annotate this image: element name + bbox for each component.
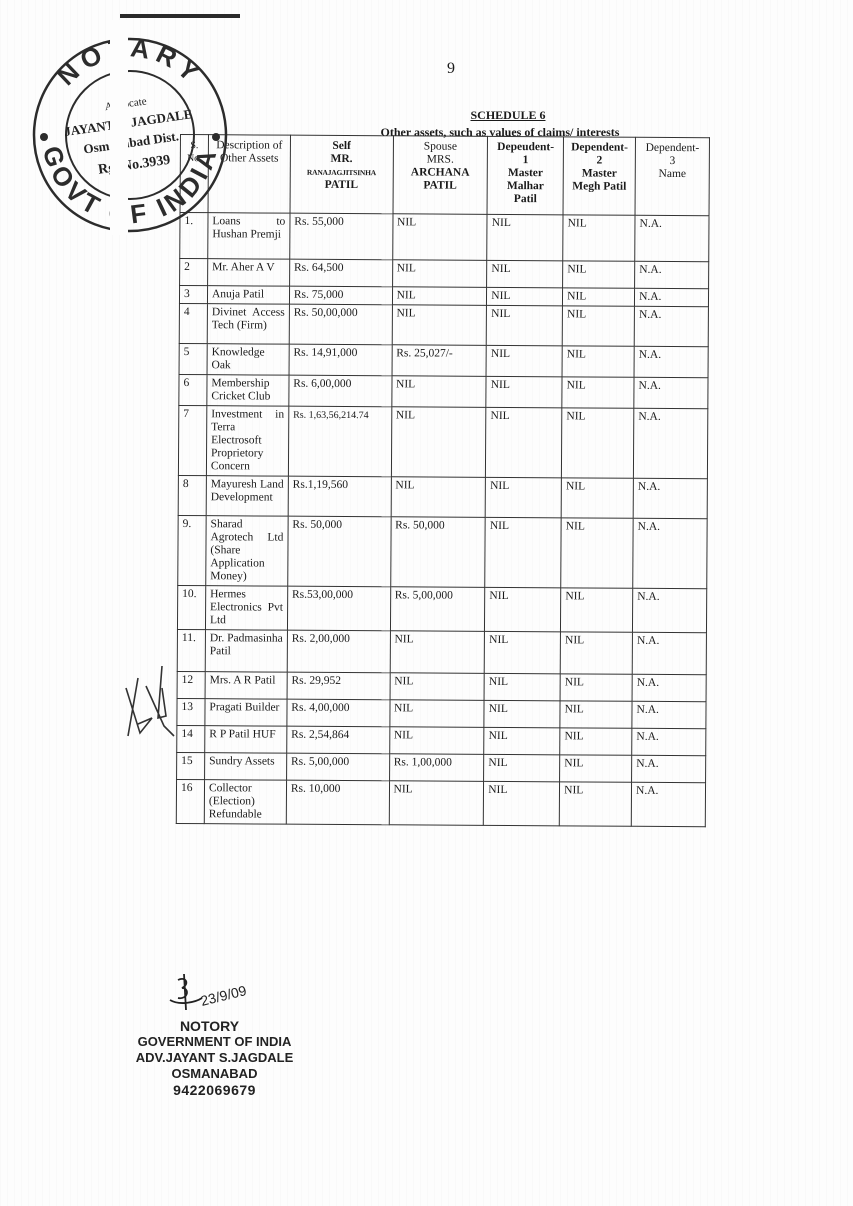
notary-stamp-line4: OSMANABAD xyxy=(112,1066,317,1082)
table-row: 6Membership Cricket ClubRs. 6,00,000NILN… xyxy=(179,374,708,408)
table-header-row: S. No. Description of Other Assets Self … xyxy=(180,135,709,216)
cell-spouse: NIL xyxy=(392,305,487,346)
cell-dependent-3: N.A. xyxy=(634,377,708,408)
cell-self: Rs. 14,91,000 xyxy=(289,344,392,376)
svg-text:GOVT OF INDIA: GOVT OF INDIA xyxy=(37,142,224,229)
other-assets-table: S. No. Description of Other Assets Self … xyxy=(176,134,710,827)
cell-dependent-3: N.A. xyxy=(632,755,706,782)
cell-self: Rs. 4,00,000 xyxy=(287,699,390,727)
header-dependent-1: Depeudent- 1 Master Malhar Patil xyxy=(487,136,563,214)
cell-dependent-2: NIL xyxy=(559,782,631,826)
cell-dependent-2: NIL xyxy=(560,674,632,701)
svg-text:23/9/09: 23/9/09 xyxy=(199,982,248,1009)
cell-dependent-1: NIL xyxy=(486,376,562,407)
cell-dependent-3: N.A. xyxy=(633,588,707,632)
cell-dependent-2: NIL xyxy=(561,478,633,518)
table-row: 7Investment in Terra Electrosoft Proprie… xyxy=(178,405,707,478)
cell-dependent-1: NIL xyxy=(485,587,561,631)
scan-edge-mark xyxy=(120,14,240,18)
cell-sno: 2 xyxy=(180,259,208,286)
notary-stamp-line1: NOTORY xyxy=(102,1018,317,1034)
cell-spouse: NIL xyxy=(392,287,487,306)
cell-description: Mr. Aher A V xyxy=(208,259,290,286)
cell-dependent-3: N.A. xyxy=(634,346,708,377)
table-row: 2Mr. Aher A VRs. 64,500NILNILNILN.A. xyxy=(180,259,709,289)
cell-dependent-2: NIL xyxy=(562,408,634,478)
cell-dependent-1: NIL xyxy=(486,305,562,345)
handwritten-initials xyxy=(118,658,178,738)
cell-dependent-2: NIL xyxy=(563,288,635,306)
cell-description: Hermes Electronics Pvt Ltd xyxy=(205,586,287,630)
cell-self: Rs. 50,000 xyxy=(288,516,391,587)
cell-sno: 8 xyxy=(178,475,206,515)
cell-description: Mrs. A R Patil xyxy=(205,672,287,699)
cell-description: Pragati Builder xyxy=(205,699,287,726)
cell-spouse: Rs. 1,00,000 xyxy=(389,754,484,782)
cell-dependent-2: NIL xyxy=(563,215,635,261)
cell-dependent-1: NIL xyxy=(485,517,561,587)
table-row: 9.Sharad Agrotech Ltd (Share Application… xyxy=(178,515,707,588)
cell-spouse: NIL xyxy=(390,631,485,674)
cell-dependent-3: N.A. xyxy=(633,518,707,588)
cell-description: Mayuresh Land Development xyxy=(206,476,288,516)
header-dependent-2: Dependent- 2 Master Megh Patil xyxy=(563,137,635,215)
cell-dependent-1: NIL xyxy=(487,287,563,305)
cell-dependent-2: NIL xyxy=(560,728,632,755)
cell-description: Sundry Assets xyxy=(205,753,287,780)
cell-self: Rs. 55,000 xyxy=(290,213,393,260)
cell-self: Rs.53,00,000 xyxy=(287,586,390,631)
cell-self: Rs. 1,63,56,214.74 xyxy=(288,406,391,477)
cell-spouse: NIL xyxy=(392,260,487,288)
cell-spouse: Rs. 5,00,000 xyxy=(390,587,485,632)
cell-dependent-2: NIL xyxy=(561,588,633,632)
cell-dependent-3: N.A. xyxy=(635,261,709,288)
cell-spouse: Rs. 25,027/- xyxy=(392,345,487,377)
notary-round-seal: NOTARY GOVT OF INDIA Advocate JAYANT S. … xyxy=(30,35,230,235)
table-row: 15Sundry AssetsRs. 5,00,000Rs. 1,00,000N… xyxy=(177,752,706,782)
cell-self: Rs. 2,54,864 xyxy=(287,726,390,754)
cell-self: Rs. 2,00,000 xyxy=(287,630,390,673)
page-number: 9 xyxy=(447,60,455,78)
header-self: Self MR. RANAJAGJITSINHA PATIL xyxy=(290,135,393,214)
table-row: 5Knowledge OakRs. 14,91,000Rs. 25,027/-N… xyxy=(179,343,708,377)
cell-dependent-1: NIL xyxy=(484,673,560,700)
cell-sno: 7 xyxy=(178,405,206,475)
table-body: 1.Loans to Hushan PremjiRs. 55,000NILNIL… xyxy=(176,213,709,827)
schedule-title: SCHEDULE 6 xyxy=(296,108,720,123)
cell-sno: 14 xyxy=(177,725,205,752)
cell-sno: 11. xyxy=(177,629,205,671)
cell-spouse: NIL xyxy=(389,781,484,826)
cell-dependent-1: NIL xyxy=(486,345,562,376)
cell-self: Rs.1,19,560 xyxy=(288,476,391,517)
cell-self: Rs. 50,00,000 xyxy=(289,304,392,345)
table-row: 4Divinet Access Tech (Firm)Rs. 50,00,000… xyxy=(179,303,708,346)
cell-spouse: NIL xyxy=(389,700,484,728)
cell-spouse: NIL xyxy=(392,214,487,261)
cell-sno: 16 xyxy=(176,779,204,823)
cell-sno: 13 xyxy=(177,698,205,725)
cell-dependent-2: NIL xyxy=(560,755,632,782)
cell-dependent-3: N.A. xyxy=(632,632,706,674)
cell-dependent-1: NIL xyxy=(487,214,563,260)
notary-stamp-phone: 9422069679 xyxy=(112,1082,317,1098)
cell-description: Collector (Election) Refundable xyxy=(204,780,286,824)
notary-stamp-line3: ADV.JAYANT S.JAGDALE xyxy=(112,1050,317,1066)
notary-stamp-line2: GOVERNMENT OF INDIA xyxy=(112,1034,317,1050)
cell-sno: 15 xyxy=(177,752,205,779)
cell-description: Sharad Agrotech Ltd (Share Application M… xyxy=(206,516,288,586)
cell-description: R P Patil HUF xyxy=(205,726,287,753)
cell-dependent-3: N.A. xyxy=(633,478,707,518)
cell-description: Investment in Terra Electrosoft Propriet… xyxy=(206,406,288,476)
cell-sno: 6 xyxy=(179,374,207,405)
cell-dependent-3: N.A. xyxy=(632,674,706,701)
cell-self: Rs. 75,000 xyxy=(289,286,392,305)
cell-spouse: Rs. 50,000 xyxy=(390,517,485,588)
cell-dependent-2: NIL xyxy=(563,261,635,288)
notary-rubber-stamp: NOTORY GOVERNMENT OF INDIA ADV.JAYANT S.… xyxy=(112,1018,317,1098)
cell-spouse: NIL xyxy=(390,673,485,701)
cell-sno: 10. xyxy=(177,585,205,629)
table-row: 16Collector (Election) RefundableRs. 10,… xyxy=(176,779,705,826)
table-row: 12Mrs. A R PatilRs. 29,952NILNILNILN.A. xyxy=(177,671,706,701)
table-row: 8Mayuresh Land DevelopmentRs.1,19,560NIL… xyxy=(178,475,707,518)
cell-dependent-3: N.A. xyxy=(635,215,709,261)
table-row: 13Pragati BuilderRs. 4,00,000NILNILNILN.… xyxy=(177,698,706,728)
header-spouse: Spouse MRS. ARCHANA PATIL xyxy=(393,136,488,215)
table-row: 14R P Patil HUFRs. 2,54,864NILNILNILN.A. xyxy=(177,725,706,755)
table-row: 11.Dr. Padmasinha PatilRs. 2,00,000NILNI… xyxy=(177,629,706,674)
cell-description: Knowledge Oak xyxy=(207,344,289,375)
cell-dependent-1: NIL xyxy=(487,260,563,287)
cell-dependent-1: NIL xyxy=(484,754,560,781)
svg-text:Rg. No.3939: Rg. No.3939 xyxy=(97,153,171,178)
cell-sno: 4 xyxy=(179,303,207,343)
cell-dependent-1: NIL xyxy=(484,631,560,673)
cell-dependent-3: N.A. xyxy=(634,306,708,346)
cell-self: Rs. 5,00,000 xyxy=(286,753,389,781)
cell-spouse: NIL xyxy=(389,727,484,755)
cell-self: Rs. 6,00,000 xyxy=(289,375,392,407)
cell-dependent-2: NIL xyxy=(560,632,632,674)
cell-description: Anuja Patil xyxy=(207,286,289,304)
cell-dependent-1: NIL xyxy=(486,407,562,477)
cell-dependent-3: N.A. xyxy=(631,782,705,826)
cell-sno: 12 xyxy=(177,671,205,698)
cell-self: Rs. 29,952 xyxy=(287,672,390,700)
seal-scan-gap xyxy=(110,20,128,235)
svg-text:NOTARY: NOTARY xyxy=(51,35,209,91)
cell-self: Rs. 64,500 xyxy=(289,259,392,287)
table-row: 10.Hermes Electronics Pvt LtdRs.53,00,00… xyxy=(177,585,706,632)
cell-spouse: NIL xyxy=(391,376,486,408)
cell-dependent-2: NIL xyxy=(562,306,634,346)
cell-dependent-1: NIL xyxy=(484,781,560,825)
cell-spouse: NIL xyxy=(391,477,486,518)
cell-description: Divinet Access Tech (Firm) xyxy=(207,304,289,344)
cell-dependent-3: N.A. xyxy=(632,701,706,728)
cell-dependent-2: NIL xyxy=(561,518,633,588)
cell-sno: 9. xyxy=(178,515,206,585)
cell-dependent-2: NIL xyxy=(562,377,634,408)
cell-sno: 3 xyxy=(179,286,207,304)
cell-dependent-3: N.A. xyxy=(635,288,709,306)
cell-sno: 5 xyxy=(179,343,207,374)
cell-dependent-3: N.A. xyxy=(633,408,707,478)
cell-dependent-1: NIL xyxy=(484,700,560,727)
cell-spouse: NIL xyxy=(391,407,486,478)
table-row: 1.Loans to Hushan PremjiRs. 55,000NILNIL… xyxy=(180,213,709,262)
cell-dependent-2: NIL xyxy=(560,701,632,728)
cell-dependent-1: NIL xyxy=(485,477,561,517)
cell-dependent-2: NIL xyxy=(562,346,634,377)
cell-description: Dr. Padmasinha Patil xyxy=(205,630,287,672)
cell-self: Rs. 10,000 xyxy=(286,780,389,825)
cell-description: Membership Cricket Club xyxy=(207,375,289,406)
cell-dependent-1: NIL xyxy=(484,727,560,754)
cell-dependent-3: N.A. xyxy=(632,728,706,755)
header-dependent-3: Dependent- 3 Name xyxy=(635,137,709,215)
